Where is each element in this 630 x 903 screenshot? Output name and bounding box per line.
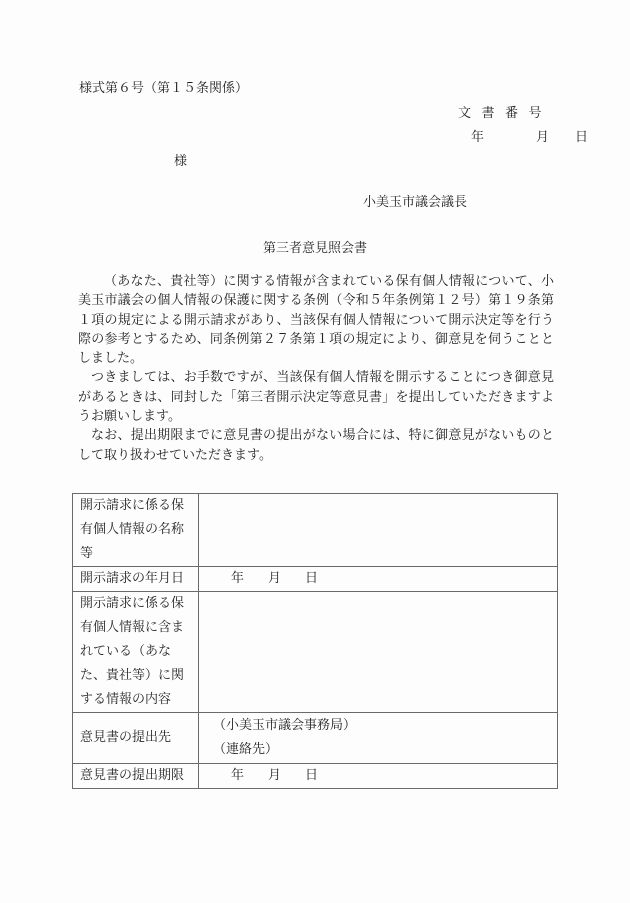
recipient-honorific: 様 bbox=[174, 155, 187, 168]
date-year-label: 年 bbox=[231, 567, 244, 591]
date-year-label: 年 bbox=[231, 764, 244, 788]
date-year-label: 年 bbox=[471, 131, 484, 144]
submit-to-contact: （連絡先） bbox=[213, 738, 551, 762]
table-row: 開示請求に係る保有個人情報に含まれている（あなた、貴社等）に関する情報の内容 bbox=[73, 592, 558, 713]
table-row: 意見書の提出先 （小美玉市議会事務局） （連絡先） bbox=[73, 713, 558, 764]
row-label-deadline: 意見書の提出期限 bbox=[73, 764, 199, 789]
body-paragraph: つきましては、お手数ですが、当該保有個人情報を開示することにつき御意見があるとき… bbox=[78, 368, 554, 426]
body-text: （あなた、貴社等）に関する情報が含まれている保有個人情報について、小美玉市議会の… bbox=[78, 272, 554, 465]
body-paragraph: （あなた、貴社等）に関する情報が含まれている保有個人情報について、小美玉市議会の… bbox=[78, 272, 554, 368]
row-value-info-name[interactable] bbox=[199, 494, 558, 567]
date-day-label: 日 bbox=[575, 131, 588, 144]
body-paragraph: なお、提出期限までに意見書の提出がない場合には、特に御意見がないものとして取り扱… bbox=[78, 426, 554, 465]
row-value-request-date[interactable]: 年月日 bbox=[199, 567, 558, 592]
row-label-info-name: 開示請求に係る保有個人情報の名称等 bbox=[73, 494, 199, 567]
row-label-submit-to: 意見書の提出先 bbox=[73, 713, 199, 764]
row-value-deadline[interactable]: 年月日 bbox=[199, 764, 558, 789]
date-day-label: 日 bbox=[305, 764, 318, 788]
date-month-label: 月 bbox=[536, 131, 549, 144]
date-month-label: 月 bbox=[268, 764, 281, 788]
document-title: 第三者意見照会書 bbox=[0, 242, 630, 255]
date-month-label: 月 bbox=[268, 567, 281, 591]
table-row: 意見書の提出期限 年月日 bbox=[73, 764, 558, 789]
row-value-submit-to[interactable]: （小美玉市議会事務局） （連絡先） bbox=[199, 713, 558, 764]
date-day-label: 日 bbox=[305, 567, 318, 591]
form-number-label: 様式第６号（第１５条関係） bbox=[79, 82, 248, 95]
table-row: 開示請求に係る保有個人情報の名称等 bbox=[73, 494, 558, 567]
info-table: 開示請求に係る保有個人情報の名称等 開示請求の年月日 年月日 開示請求に係る保有… bbox=[72, 493, 558, 789]
submit-to-office: （小美玉市議会事務局） bbox=[213, 714, 551, 738]
table-row: 開示請求の年月日 年月日 bbox=[73, 567, 558, 592]
document-date: 年月日 bbox=[471, 131, 588, 144]
row-value-info-content[interactable] bbox=[199, 592, 558, 713]
row-label-info-content: 開示請求に係る保有個人情報に含まれている（あなた、貴社等）に関する情報の内容 bbox=[73, 592, 199, 713]
row-label-request-date: 開示請求の年月日 bbox=[73, 567, 199, 592]
document-number-label: 文書番号 bbox=[458, 107, 552, 120]
sender-name: 小美玉市議会議長 bbox=[363, 196, 467, 209]
